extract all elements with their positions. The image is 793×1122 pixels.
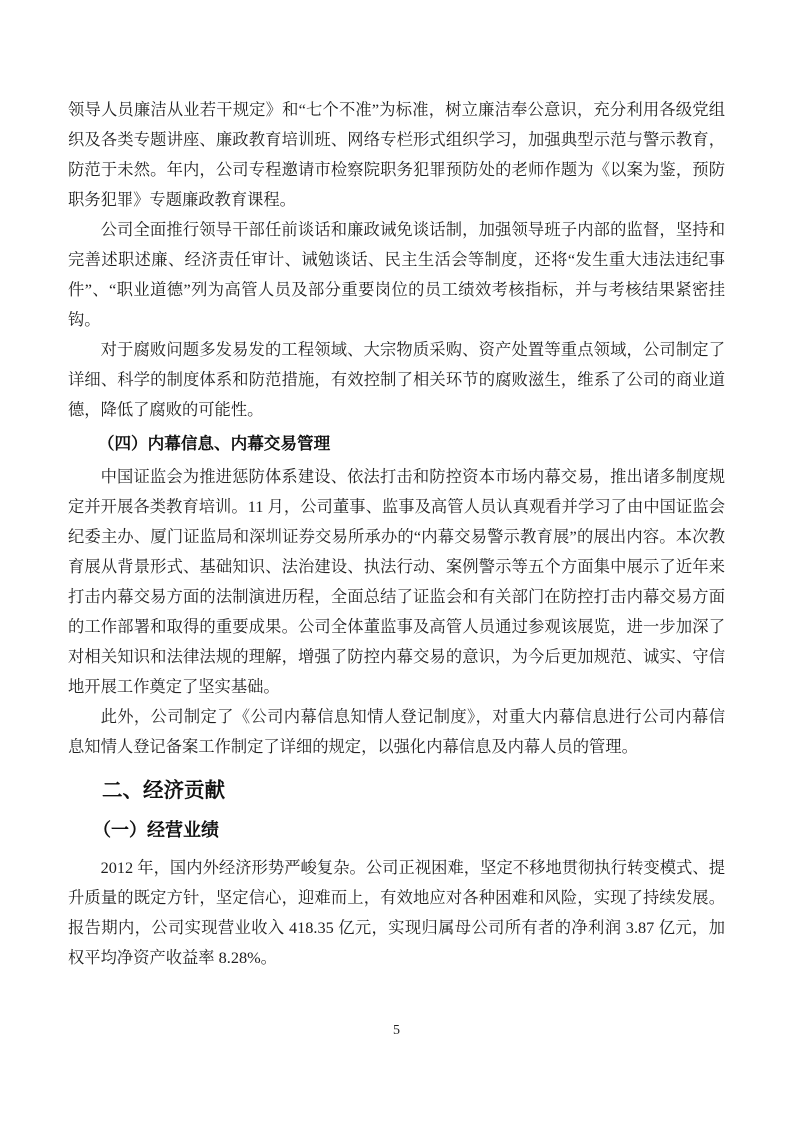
chapter-heading-economic-contribution: 二、经济贡献 — [102, 776, 725, 806]
page-number: 5 — [393, 1023, 400, 1038]
body-paragraph-insider-registration-system: 此外，公司制定了《公司内幕信息知情人登记制度》，对重大内幕信息进行公司内幕信息知… — [68, 702, 725, 762]
body-paragraph-leadership-supervision: 公司全面推行领导干部任前谈话和廉政诫免谈话制，加强领导班子内部的监督，坚持和完善… — [68, 215, 725, 335]
body-paragraph-corruption-prevention: 对于腐败问题多发易发的工程领域、大宗物质采购、资产处置等重点领域，公司制定了详细… — [68, 335, 725, 425]
body-paragraph-integrity-education: 领导人员廉洁从业若干规定》和“七个不准”为标准，树立廉洁奉公意识，充分利用各级党… — [68, 95, 725, 215]
document-content: 领导人员廉洁从业若干规定》和“七个不准”为标准，树立廉洁奉公意识，充分利用各级党… — [68, 95, 725, 973]
body-paragraph-2012-performance: 2012 年，国内外经济形势严峻复杂。公司正视困难，坚定不移地贯彻执行转变模式、… — [68, 853, 725, 973]
document-page: 领导人员廉洁从业若干规定》和“七个不准”为标准，树立廉洁奉公意识，充分利用各级党… — [0, 0, 793, 1122]
section-heading-insider-information: （四）内幕信息、内幕交易管理 — [68, 429, 725, 459]
subsection-heading-operating-results: （一）经营业绩 — [93, 815, 725, 845]
body-paragraph-csrc-education-exhibition: 中国证监会为推进惩防体系建设、依法打击和防控资本市场内幕交易，推出诸多制度规定并… — [68, 462, 725, 702]
page-footer: 5 — [0, 1021, 793, 1041]
